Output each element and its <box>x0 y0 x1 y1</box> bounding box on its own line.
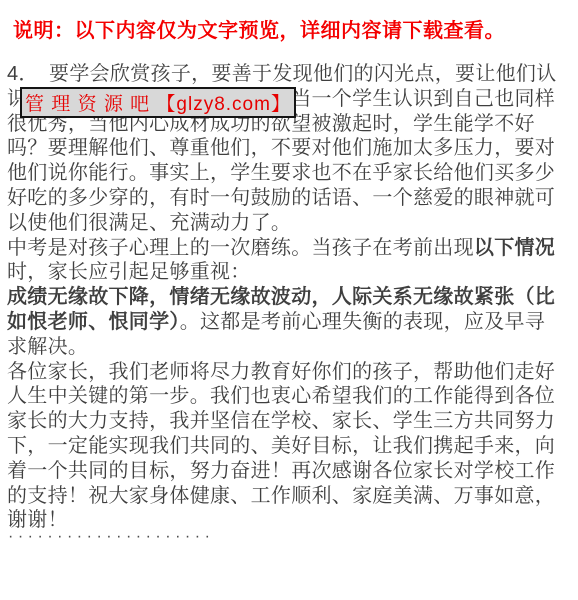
document-line: 中考是对孩子心理上的一次磨练。当孩子在考前出现以下情况 <box>7 236 573 261</box>
document-line: 家长的大力支持，我并坚信在学校、家长、学生三方共同努力 <box>7 409 573 434</box>
document-line: 他们说你能行。事实上，学生要求也不在乎家长给他们买多少 <box>7 161 573 186</box>
document-line: 的支持！祝大家身体健康、工作顺利、家庭美满、万事如意， <box>7 484 573 509</box>
document-line: 着一个共同的目标，努力奋进！再次感谢各位家长对学校工作 <box>7 459 573 484</box>
document-line: 吗？要理解他们、尊重他们，不要对他们施加太多压力，要对 <box>7 136 573 161</box>
ellipsis-row: ····················· <box>8 528 214 546</box>
document-line: 求解决。 <box>7 335 573 360</box>
document-line: 成绩无缘故下降，情绪无缘故波动，人际关系无缘故紧张（比 <box>7 285 573 310</box>
watermark-text: 管 理 资 源 吧 【glzy8.com】 <box>25 89 291 116</box>
document-body: 4． 要学会欣赏孩子，要善于发现他们的闪光点，要让他们认识到自己是优秀的、是能行… <box>7 62 573 533</box>
watermark-box: 管 理 资 源 吧 【glzy8.com】 <box>20 87 296 118</box>
document-line: 好吃的多少穿的，有时一句鼓励的话语、一个慈爱的眼神就可 <box>7 186 573 211</box>
document-line: 下，一定能实现我们共同的、美好目标，让我们携起手来，向 <box>7 434 573 459</box>
preview-notice: 说明：以下内容仅为文字预览，详细内容请下载查看。 <box>13 14 505 43</box>
document-line: 时，家长应引起足够重视： <box>7 260 573 285</box>
document-preview-page: 说明：以下内容仅为文字预览，详细内容请下载查看。 4． 要学会欣赏孩子，要善于发… <box>0 0 578 600</box>
document-line: 4． 要学会欣赏孩子，要善于发现他们的闪光点，要让他们认 <box>7 62 573 87</box>
document-line: 以使他们很满足、充满动力了。 <box>7 211 573 236</box>
document-line: 人生中关键的第一步。我们也衷心希望我们的工作能得到各位 <box>7 384 573 409</box>
document-line: 各位家长，我们老师将尽力教育好你们的孩子，帮助他们走好 <box>7 360 573 385</box>
document-line: 如恨老师、恨同学）。这都是考前心理失衡的表现，应及早寻 <box>7 310 573 335</box>
